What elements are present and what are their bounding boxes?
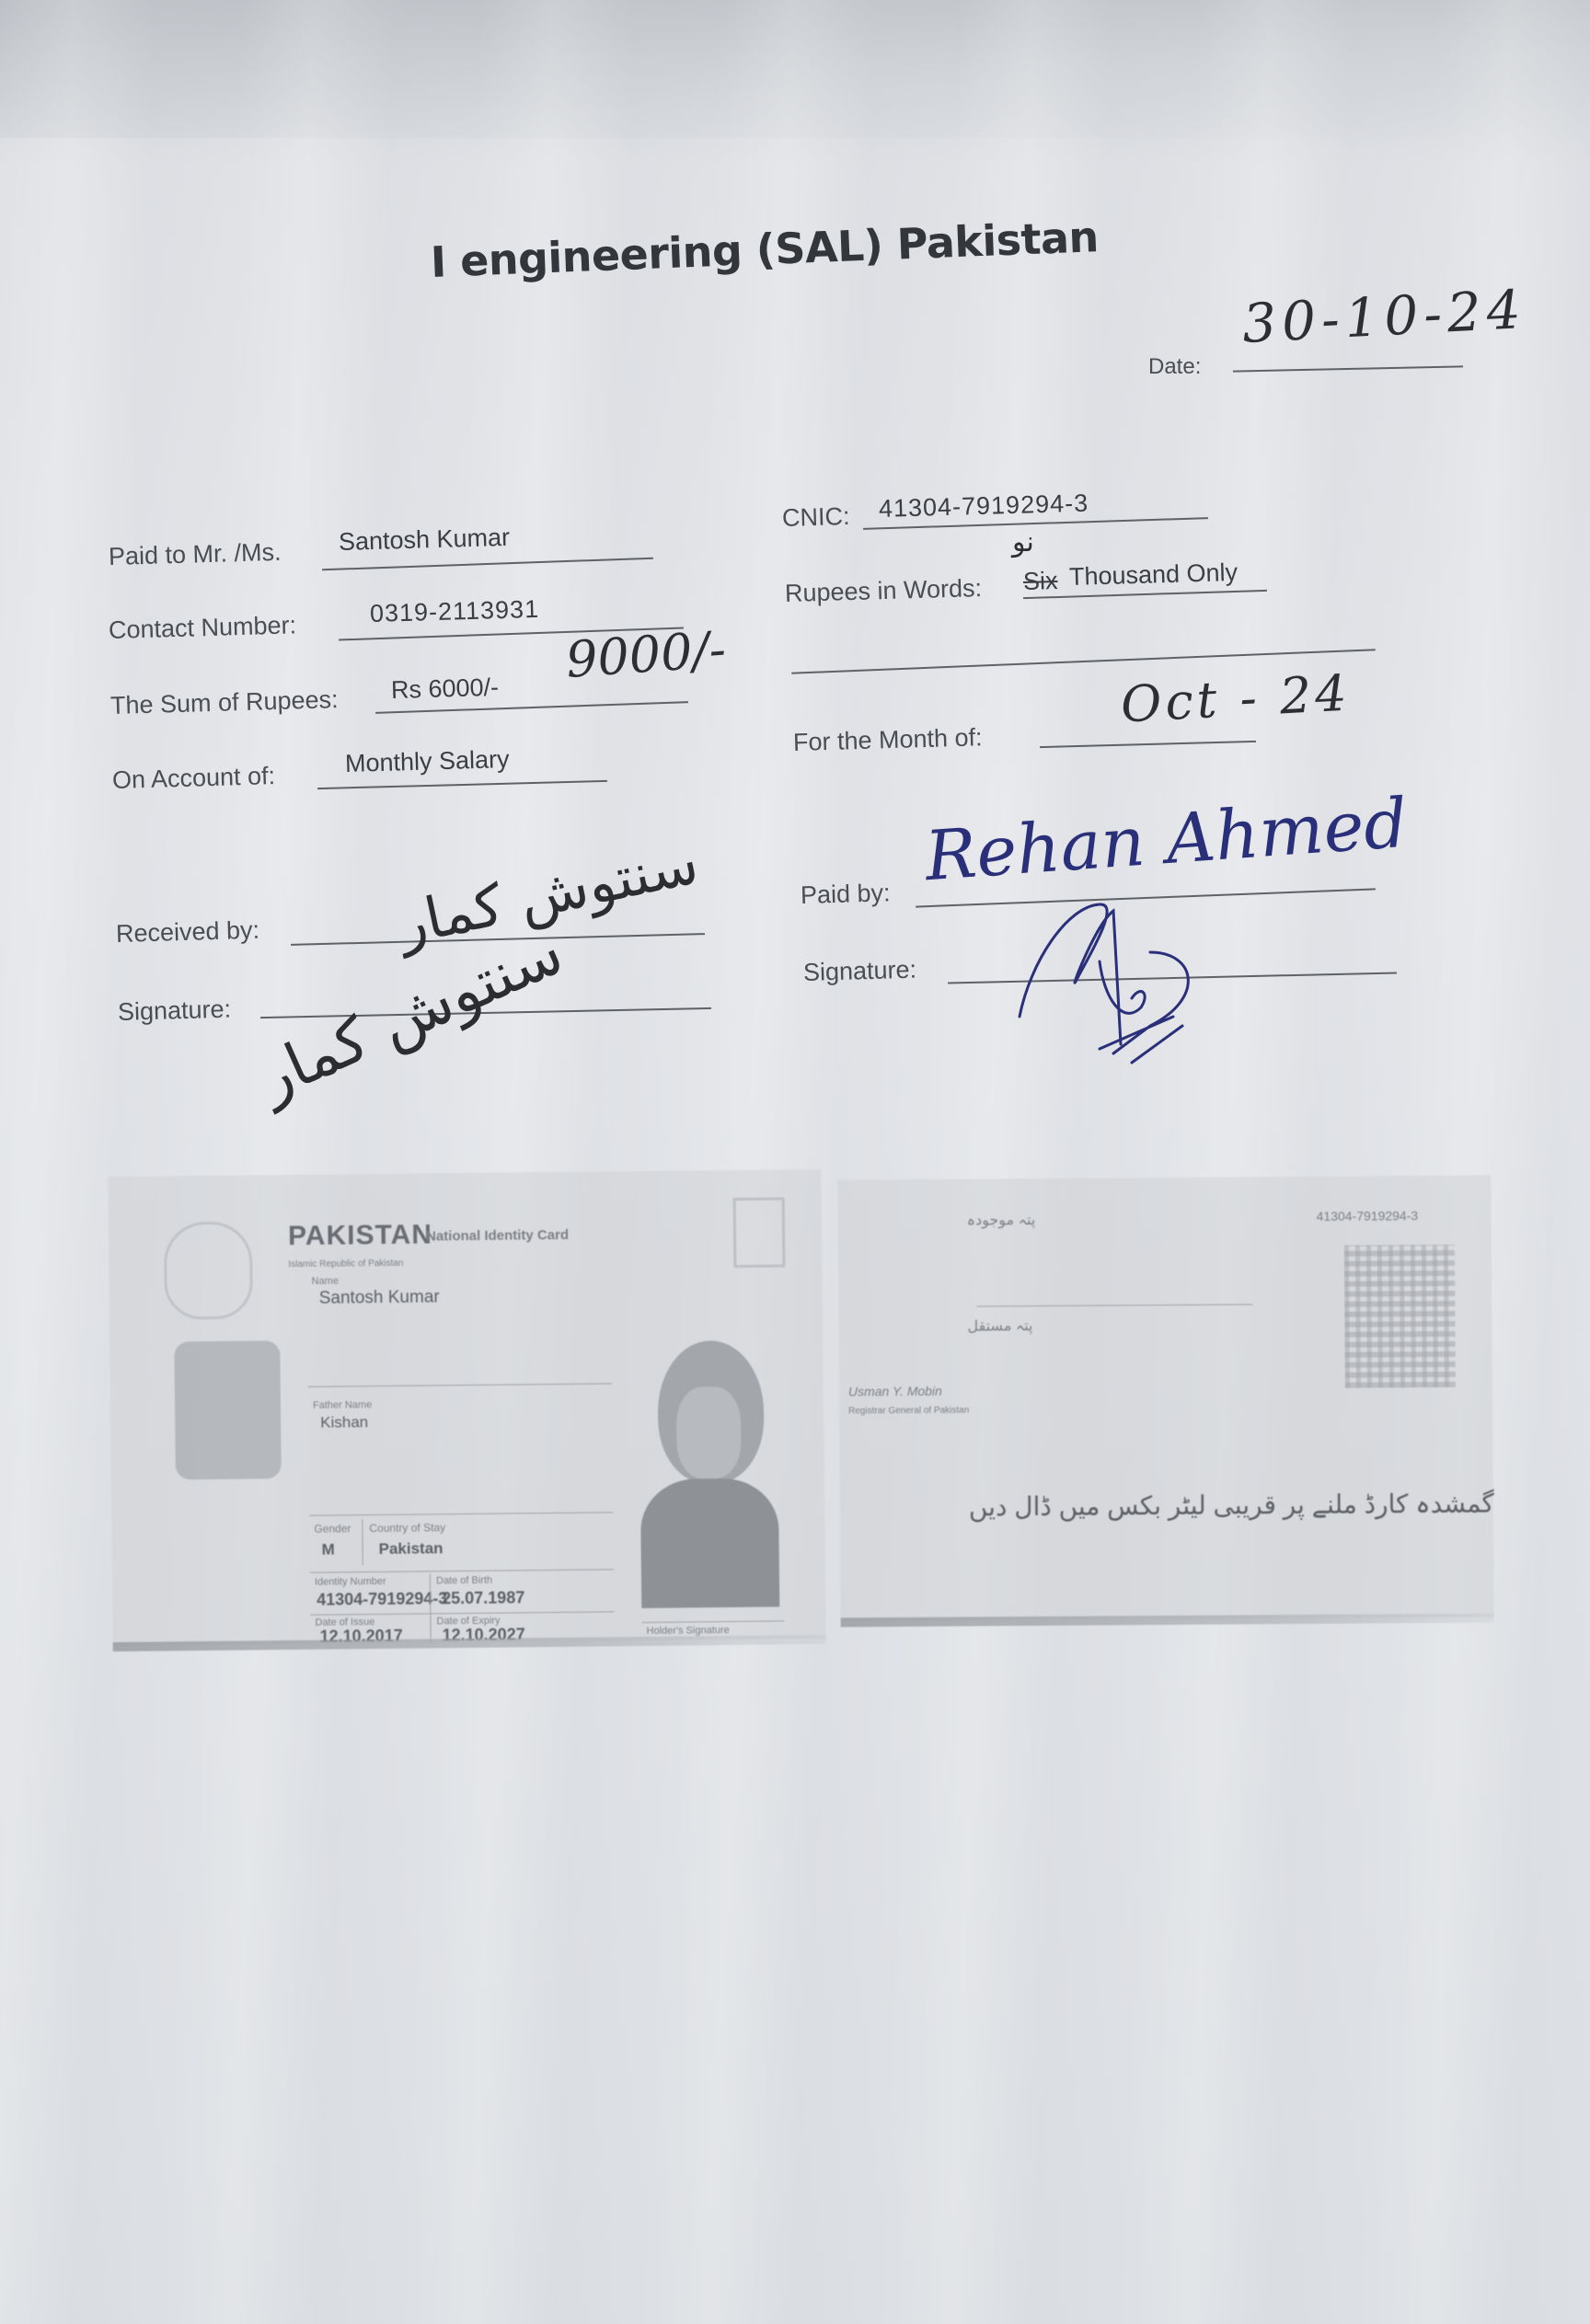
sum-label: The Sum of Rupees: xyxy=(110,685,339,720)
father-label: Father Name xyxy=(313,1399,372,1411)
received-signature-label: Signature: xyxy=(118,995,232,1027)
month-label: For the Month of: xyxy=(793,723,983,757)
month-value: Oct - 24 xyxy=(1120,664,1352,734)
name-value: Santosh Kumar xyxy=(319,1287,440,1308)
sum-handwritten: 9000/- xyxy=(564,620,728,689)
words-line xyxy=(1023,590,1267,599)
words-correction: نو xyxy=(1012,526,1034,558)
name-label: Name xyxy=(311,1275,338,1286)
card-subtitle: Islamic Republic of Pakistan xyxy=(288,1259,403,1270)
paid-to-value: Santosh Kumar xyxy=(339,523,511,557)
card-rule xyxy=(309,1512,613,1515)
flag-icon xyxy=(733,1197,786,1268)
company-title: I engineering (SAL) Pakistan xyxy=(430,212,1100,287)
paid-by-label: Paid by: xyxy=(801,879,891,910)
card-country: PAKISTAN xyxy=(288,1219,432,1252)
words-value: Thousand Only xyxy=(1069,558,1239,592)
card-vrule xyxy=(362,1519,363,1565)
back-id-number: 41304-7919294-3 xyxy=(1317,1208,1419,1224)
id-number-label: Identity Number xyxy=(315,1576,386,1588)
words-label: Rupees in Words: xyxy=(785,574,983,608)
registrar-signature: Usman Y. Mobin xyxy=(848,1384,942,1399)
lost-card-notice: گمشدہ کارڈ ملنے پر قریبی لیٹر بکس میں ڈا… xyxy=(969,1489,1494,1523)
id-card-front: PAKISTAN National Identity Card Islamic … xyxy=(108,1169,825,1646)
emblem-icon xyxy=(164,1221,253,1319)
card-rule xyxy=(641,1620,784,1623)
card-rule xyxy=(308,1383,612,1386)
date-value: 30-10-24 xyxy=(1240,278,1527,355)
qr-code-icon xyxy=(1344,1245,1456,1388)
paid-to-label: Paid to Mr. /Ms. xyxy=(109,538,282,571)
paid-signature-label: Signature: xyxy=(803,956,917,987)
card-edge xyxy=(841,1614,1494,1628)
paid-signature-scribble xyxy=(1012,897,1233,1081)
holder-photo xyxy=(639,1340,779,1608)
holder-signature-label: Holder's Signature xyxy=(646,1625,729,1637)
back-urdu-address-1: پتہ موجودہ xyxy=(967,1211,1036,1230)
account-line xyxy=(317,780,607,789)
card-rule xyxy=(976,1304,1252,1306)
account-label: On Account of: xyxy=(112,762,276,795)
month-line xyxy=(1040,741,1256,748)
dob-label: Date of Birth xyxy=(436,1575,492,1587)
gender-value: M xyxy=(322,1541,335,1559)
cnic-value: 41304-7919294-3 xyxy=(879,489,1089,523)
gender-label: Gender xyxy=(314,1522,351,1535)
words-struck: Six xyxy=(1023,567,1058,596)
chip-icon xyxy=(174,1340,282,1479)
card-type: National Identity Card xyxy=(426,1227,569,1245)
sum-value: Rs 6000/- xyxy=(391,673,500,705)
account-value: Monthly Salary xyxy=(345,745,510,778)
dob-value: 25.07.1987 xyxy=(442,1588,524,1608)
father-value: Kishan xyxy=(320,1413,368,1432)
date-line xyxy=(1233,365,1463,372)
id-card-back: پتہ موجودہ 41304-7919294-3 پتہ مستقل Usm… xyxy=(837,1176,1493,1622)
back-urdu-address-2: پتہ مستقل xyxy=(967,1317,1032,1335)
paid-by-signature: Rehan Ahmed xyxy=(923,784,1411,896)
page-shadow xyxy=(0,0,1590,138)
contact-label: Contact Number: xyxy=(109,611,297,645)
contact-value: 0319-2113931 xyxy=(370,595,540,628)
id-number-value: 41304-7919294-3 xyxy=(317,1589,447,1609)
paid-to-line xyxy=(322,558,653,571)
received-by-label: Received by: xyxy=(116,916,260,949)
date-label: Date: xyxy=(1148,354,1201,380)
country-stay-value: Pakistan xyxy=(379,1539,444,1559)
registrar-label: Registrar General of Pakistan xyxy=(848,1405,969,1416)
country-stay-label: Country of Stay xyxy=(369,1521,445,1535)
card-rule xyxy=(310,1569,614,1572)
cnic-label: CNIC: xyxy=(782,502,850,533)
